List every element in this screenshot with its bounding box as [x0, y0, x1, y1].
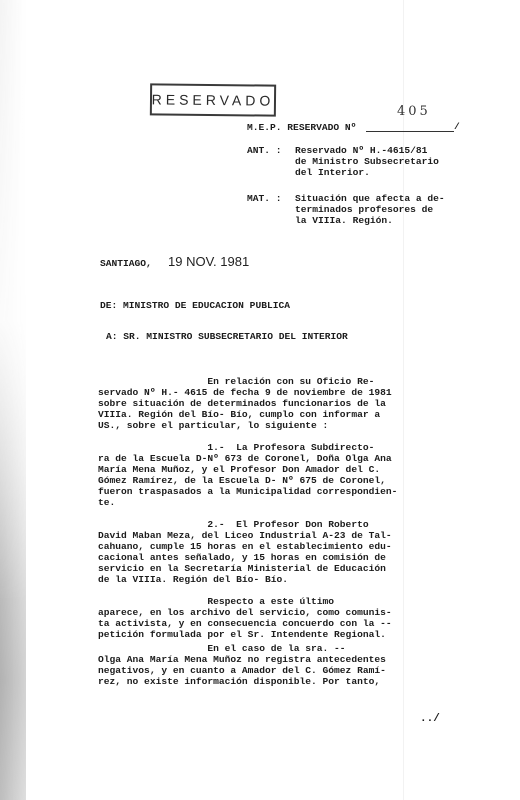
- mat-line-3: la VIIIa. Región.: [295, 215, 393, 226]
- mat-label: MAT. :: [247, 193, 282, 204]
- document-page: RESERVADO M.E.P. RESERVADO Nº 405 / ANT.…: [0, 0, 520, 800]
- scan-edge-shadow: [0, 0, 26, 800]
- date-stamp: 19 NOV. 1981: [168, 256, 249, 267]
- paragraph-5-line-2: Olga Ana María Mena Muñoz no registra an…: [98, 654, 386, 665]
- paragraph-3-line-5: servicio en la Secretaría Ministerial de…: [98, 563, 386, 574]
- paragraph-1-line-3: sobre situación de determinados funciona…: [98, 398, 386, 409]
- paragraph-1-line-5: US., sobre el particular, lo siguiente :: [98, 420, 328, 431]
- paragraph-5-line-3: negativos, y en cuanto a Amador del C. G…: [98, 665, 386, 676]
- place: SANTIAGO,: [100, 258, 152, 269]
- paragraph-4-line-2: aparece, en los archivo del servicio, co…: [98, 607, 392, 618]
- stamp-text: RESERVADO: [152, 91, 275, 108]
- paragraph-1-line-2: servado Nº H.- 4615 de fecha 9 de noviem…: [98, 387, 392, 398]
- paragraph-4-line-1: Respecto a este último: [98, 596, 334, 607]
- ant-line-3: del Interior.: [295, 167, 370, 178]
- paragraph-5-line-1: En el caso de la sra. --: [98, 643, 346, 654]
- paragraph-4-line-3: ta activista, y en consecuencia concuerd…: [98, 618, 392, 629]
- paragraph-5-line-4: rez, no existe información disponible. P…: [98, 676, 380, 687]
- mat-line-2: terminados profesores de: [295, 204, 433, 215]
- ant-line-2: de Ministro Subsecretario: [295, 156, 439, 167]
- reference-number: 405: [397, 104, 431, 119]
- paragraph-1-line-1: En relación con su Oficio Re-: [98, 376, 374, 387]
- paragraph-2-line-6: te.: [98, 497, 115, 508]
- paragraph-4-line-4: petición formulada por el Sr. Intendente…: [98, 629, 386, 640]
- paragraph-2-line-4: Gómez Ramírez, de la Escuela D- Nº 675 d…: [98, 475, 386, 486]
- reservado-stamp: RESERVADO: [150, 83, 276, 116]
- continuation-mark: ../: [420, 714, 440, 725]
- ant-line-1: Reservado Nº H.-4615/81: [295, 145, 427, 156]
- reference-underline: [366, 131, 454, 132]
- paragraph-2-line-2: ra de la Escuela D-Nº 673 de Coronel, Do…: [98, 453, 392, 464]
- from-line: DE: MINISTRO DE EDUCACION PUBLICA: [100, 300, 290, 311]
- paragraph-3-line-4: cacional antes señalado, y 15 horas en c…: [98, 552, 386, 563]
- paragraph-3-line-6: de la VIIIa. Región del Bío- Bío.: [98, 574, 288, 585]
- paragraph-3-line-1: 2.- El Profesor Don Roberto: [98, 519, 369, 530]
- paragraph-1-line-4: VIIIa. Región del Bío- Bío, cumplo con i…: [98, 409, 380, 420]
- to-line: A: SR. MINISTRO SUBSECRETARIO DEL INTERI…: [106, 331, 348, 342]
- paragraph-2-line-1: 1.- La Profesora Subdirecto-: [98, 442, 374, 453]
- paragraph-2-line-5: fueron traspasados a la Municipalidad co…: [98, 486, 397, 497]
- reference-suffix: /: [454, 121, 460, 132]
- page-fold-line: [403, 0, 404, 800]
- paragraph-2-line-3: María Mena Muñoz, y el Profesor Don Amad…: [98, 464, 380, 475]
- ant-label: ANT. :: [247, 145, 282, 156]
- paragraph-3-line-3: cahuano, cumple 15 horas en el estableci…: [98, 541, 392, 552]
- mat-line-1: Situación que afecta a de-: [295, 193, 445, 204]
- reference-label: M.E.P. RESERVADO Nº: [247, 122, 356, 133]
- paragraph-3-line-2: David Maban Meza, del Liceo Industrial A…: [98, 530, 392, 541]
